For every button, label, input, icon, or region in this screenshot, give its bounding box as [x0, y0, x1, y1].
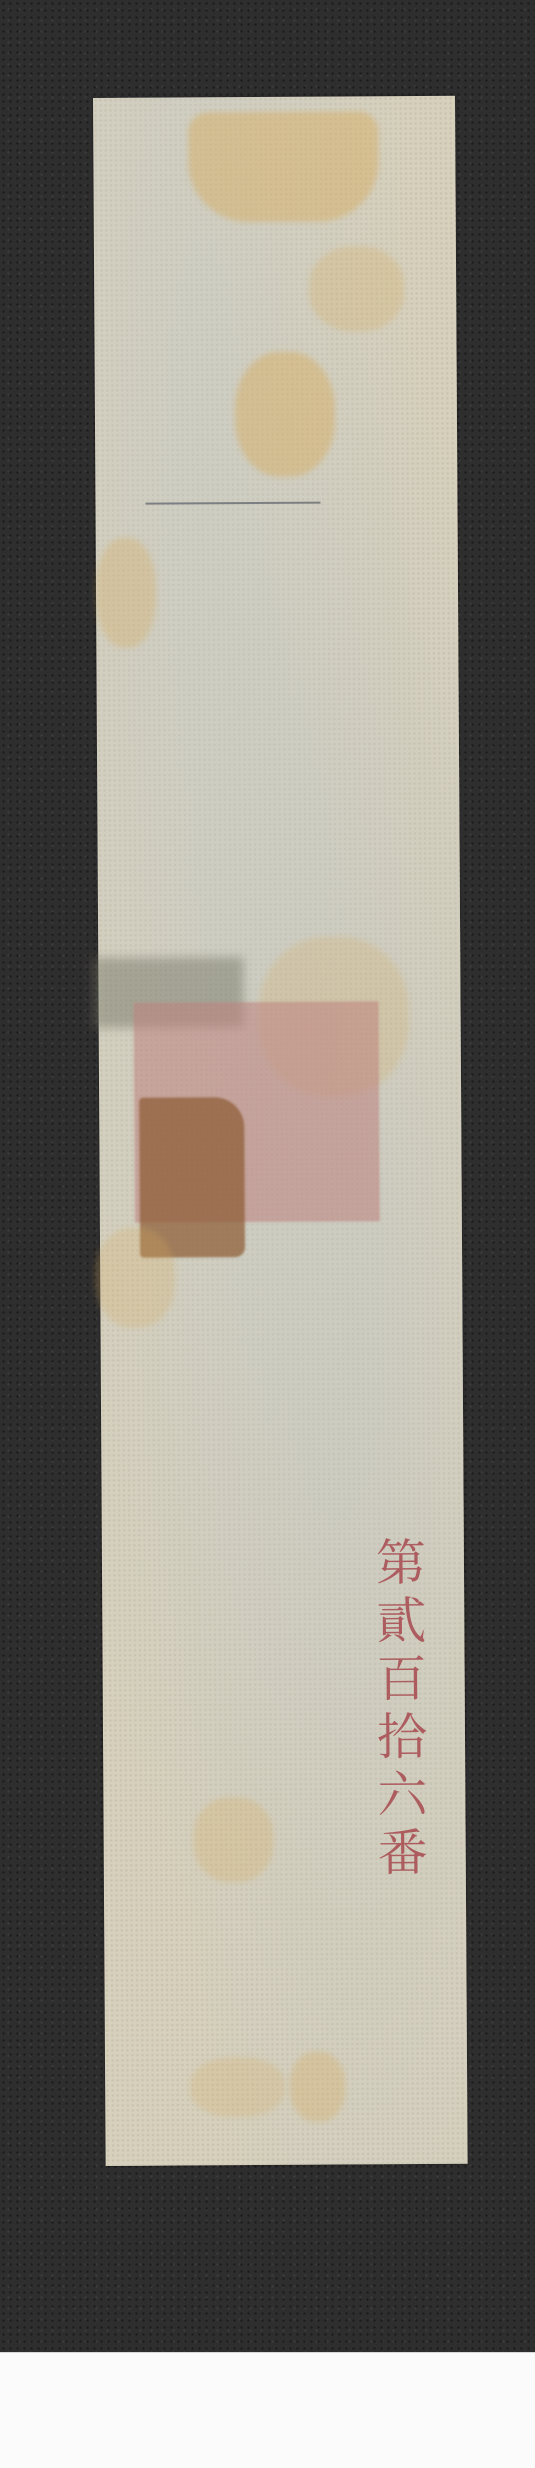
stain-bottom-left — [190, 2057, 285, 2118]
stain-left — [96, 538, 157, 648]
white-margin — [0, 2352, 535, 2468]
stain-top-seal — [188, 111, 379, 222]
stain-lower-center — [193, 1797, 274, 1882]
handwritten-serial-number: 第貳百拾六番 — [372, 1536, 424, 1884]
stain-upper-center — [235, 352, 336, 478]
stain-bottom-right — [290, 2051, 345, 2121]
pencil-mark — [145, 482, 320, 505]
paper-note: 第貳百拾六番 — [93, 96, 468, 2166]
stain-upper-right — [309, 246, 405, 332]
stain-lower-left — [95, 1228, 176, 1328]
